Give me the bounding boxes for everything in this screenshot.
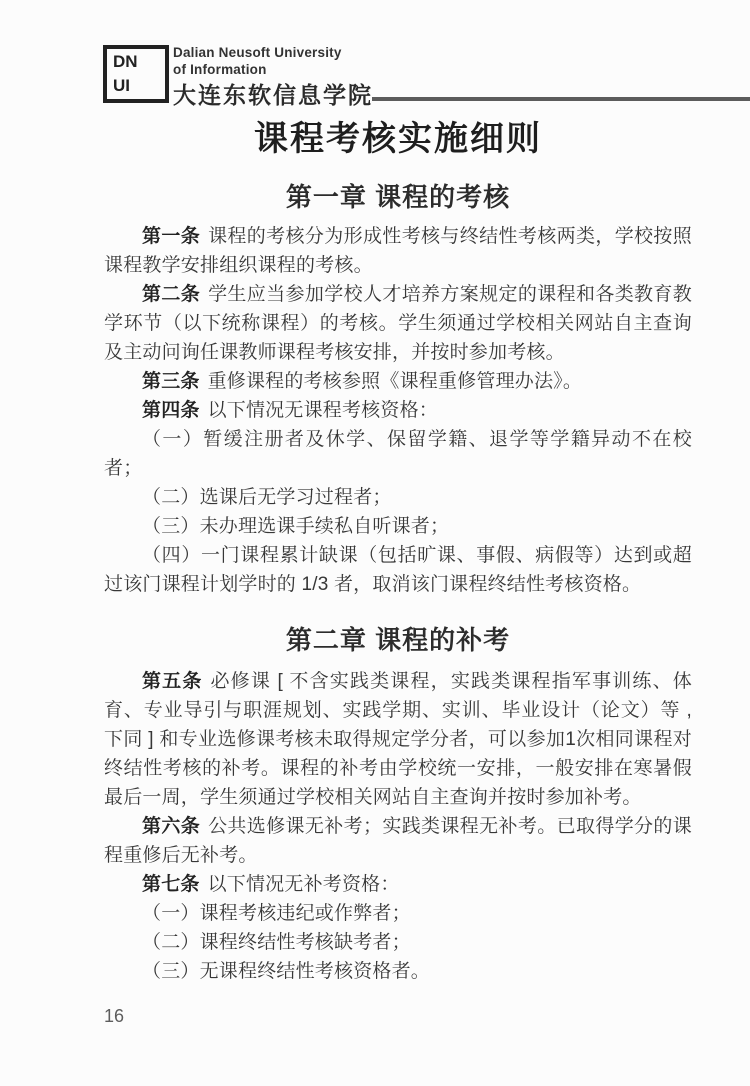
list-item-paragraph: （三）未办理选课手续私自听课者； bbox=[104, 512, 692, 541]
clause-paragraph: 第七条以下情况无补考资格： bbox=[104, 870, 692, 899]
list-item-paragraph: （二）课程终结性考核缺考者； bbox=[104, 928, 692, 957]
clause-number: 第五条 bbox=[142, 671, 203, 692]
clause-number: 第三条 bbox=[142, 371, 200, 392]
clause-paragraph: 第五条必修课 [ 不含实践类课程，实践类课程指军事训练、体育、专业导引与职涯规划… bbox=[104, 667, 692, 812]
list-item-text: （二）课程终结性考核缺考者； bbox=[142, 932, 411, 953]
page-number: 16 bbox=[104, 1005, 124, 1027]
list-item-paragraph: （三）无课程终结性考核资格者。 bbox=[104, 957, 692, 986]
clause-number: 第四条 bbox=[142, 400, 200, 421]
chapter-2-paragraphs: 第五条必修课 [ 不含实践类课程，实践类课程指军事训练、体育、专业导引与职涯规划… bbox=[104, 667, 692, 986]
list-item-text: （二）选课后无学习过程者； bbox=[142, 487, 392, 508]
list-item-text: （四）一门课程累计缺课（包括旷课、事假、病假等）达到或超过该门课程计划学时的 1… bbox=[104, 545, 692, 595]
clause-number: 第六条 bbox=[142, 816, 200, 837]
clause-number: 第七条 bbox=[142, 874, 200, 895]
document-page: DN UI Dalian Neusoft University of Infor… bbox=[0, 0, 750, 1086]
list-item-text: （一）暂缓注册者及休学、保留学籍、退学等学籍异动不在校者； bbox=[104, 429, 692, 479]
clause-text: 重修课程的考核参照《课程重修管理办法》。 bbox=[208, 371, 583, 392]
list-item-paragraph: （一）课程考核违纪或作弊者； bbox=[104, 899, 692, 928]
clause-paragraph: 第二条学生应当参加学校人才培养方案规定的课程和各类教育教学环节（以下统称课程）的… bbox=[104, 280, 692, 367]
clause-paragraph: 第三条重修课程的考核参照《课程重修管理办法》。 bbox=[104, 367, 692, 396]
page-title: 课程考核实施细则 bbox=[104, 116, 692, 162]
list-item-paragraph: （四）一门课程累计缺课（包括旷课、事假、病假等）达到或超过该门课程计划学时的 1… bbox=[104, 541, 692, 599]
list-item-text: （三）未办理选课手续私自听课者； bbox=[142, 516, 449, 537]
list-item-text: （三）无课程终结性考核资格者。 bbox=[142, 961, 430, 982]
clause-paragraph: 第六条公共选修课无补考；实践类课程无补考。已取得学分的课程重修后无补考。 bbox=[104, 812, 692, 870]
clause-paragraph: 第四条以下情况无课程考核资格： bbox=[104, 396, 692, 425]
clause-text: 以下情况无课程考核资格： bbox=[208, 400, 438, 421]
clause-number: 第二条 bbox=[142, 284, 200, 305]
clause-number: 第一条 bbox=[142, 226, 200, 247]
chapter-1-heading: 第一章 课程的考核 bbox=[104, 180, 692, 214]
document-body: 课程考核实施细则 第一章 课程的考核 第一条课程的考核分为形成性考核与终结性考核… bbox=[104, 0, 692, 986]
clause-text: 以下情况无补考资格： bbox=[208, 874, 400, 895]
chapter-1-paragraphs: 第一条课程的考核分为形成性考核与终结性考核两类，学校按照课程教学安排组织课程的考… bbox=[104, 222, 692, 599]
list-item-paragraph: （二）选课后无学习过程者； bbox=[104, 483, 692, 512]
clause-paragraph: 第一条课程的考核分为形成性考核与终结性考核两类，学校按照课程教学安排组织课程的考… bbox=[104, 222, 692, 280]
list-item-text: （一）课程考核违纪或作弊者； bbox=[142, 903, 411, 924]
chapter-2-heading: 第二章 课程的补考 bbox=[104, 623, 692, 657]
list-item-paragraph: （一）暂缓注册者及休学、保留学籍、退学等学籍异动不在校者； bbox=[104, 425, 692, 483]
